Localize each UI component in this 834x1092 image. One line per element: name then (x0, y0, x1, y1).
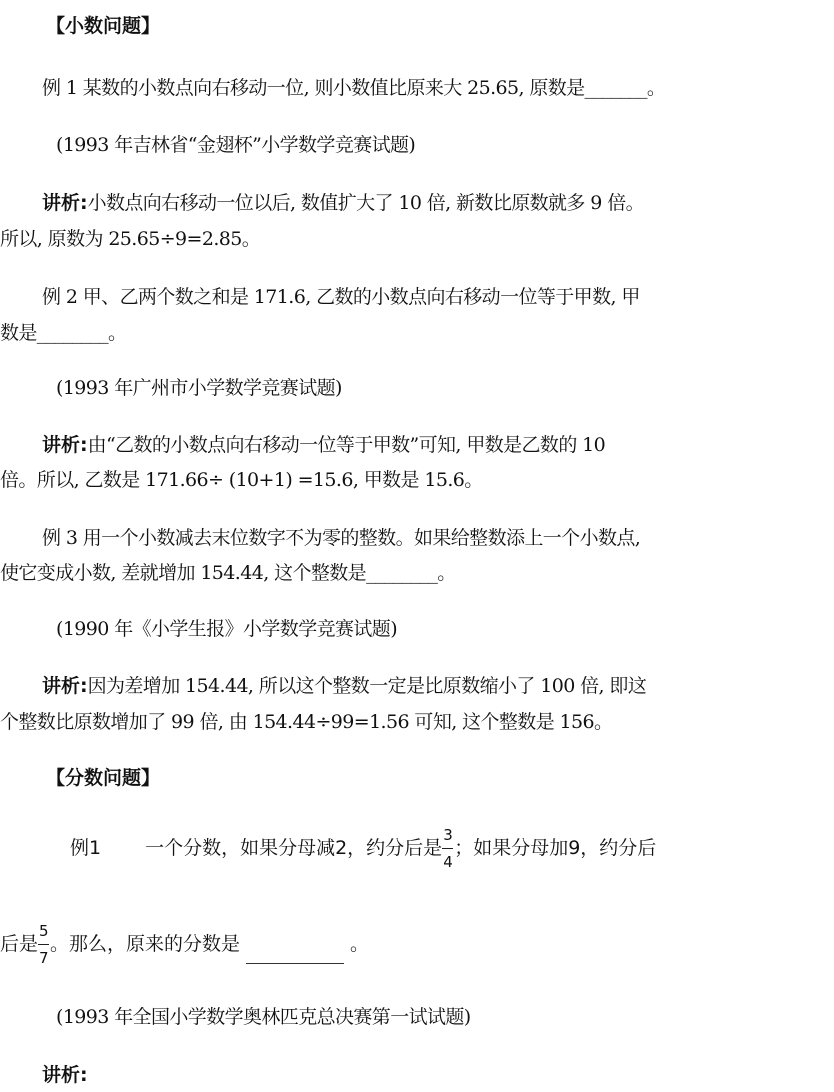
fraction-section-heading: 【分数问题】 (46, 766, 160, 790)
analysis-text: 小数点向右移动一位以后, 数值扩大了 10 倍, 新数比原数就多 9 倍。 (88, 192, 644, 214)
analysis-text: 由“乙数的小数点向右移动一位等于甲数”可知, 甲数是乙数的 10 (88, 434, 606, 456)
answer-blank (246, 945, 344, 964)
fraction-3-4: 34 (442, 837, 454, 861)
decimal-example-1-question: 例 1 某数的小数点向右移动一位, 则小数值比原来大 25.65, 原数是___… (42, 76, 665, 100)
decimal-example-1-analysis: 讲析:小数点向右移动一位以后, 数值扩大了 10 倍, 新数比原数就多 9 倍。 (42, 191, 644, 215)
analysis-label: 讲析: (42, 192, 88, 214)
decimal-example-3-question-cont: 使它变成小数, 差就增加 154.44, 这个整数是________。 (0, 561, 456, 585)
analysis-label: 讲析: (42, 434, 88, 456)
fraction-example-1-analysis: 讲析: (42, 1063, 88, 1087)
decimal-example-2-analysis-cont: 倍。所以, 乙数是 171.66÷ (10+1) =15.6, 甲数是 15.6… (0, 468, 483, 492)
example-label: 例1 (70, 837, 101, 859)
decimal-example-1-analysis-cont: 所以, 原数为 25.65÷9=2.85。 (0, 227, 260, 251)
decimal-example-1-source: (1993 年吉林省“金翅杯”小学数学竞赛试题) (56, 133, 415, 157)
decimal-example-3-analysis: 讲析:因为差增加 154.44, 所以这个整数一定是比原数缩小了 100 倍, … (42, 674, 646, 698)
decimal-example-2-analysis: 讲析:由“乙数的小数点向右移动一位等于甲数”可知, 甲数是乙数的 10 (42, 433, 605, 457)
question-text: ；如果分母加9，约分后 (454, 837, 656, 859)
analysis-text: 因为差增加 154.44, 所以这个整数一定是比原数缩小了 100 倍, 即这 (88, 675, 647, 697)
decimal-example-2-question-cont: 数是________。 (0, 321, 126, 345)
question-text: 一个分数，如果分母减2，约分后是 (145, 837, 442, 859)
fraction-5-7: 57 (38, 933, 50, 957)
decimal-example-2-question: 例 2 甲、乙两个数之和是 171.6, 乙数的小数点向右移动一位等于甲数, 甲 (42, 285, 640, 309)
fraction-example-1-source: (1993 年全国小学数学奥林匹克总决赛第一试试题) (56, 1005, 471, 1029)
question-text: 。那么，原来的分数是 (50, 933, 240, 955)
decimal-example-3-question: 例 3 用一个小数减去末位数字不为零的整数。如果给整数添上一个小数点, (42, 526, 640, 550)
decimal-example-3-analysis-cont: 个整数比原数增加了 99 倍, 由 154.44÷99=1.56 可知, 这个整… (0, 710, 612, 734)
analysis-label: 讲析: (42, 675, 88, 697)
decimal-example-2-source: (1993 年广州市小学数学竞赛试题) (56, 376, 342, 400)
question-end: 。 (350, 933, 369, 955)
decimal-example-3-source: (1990 年《小学生报》小学数学竞赛试题) (56, 617, 397, 641)
question-text: 后是 (0, 933, 38, 955)
fraction-example-1-question-cont: 后是57。那么，原来的分数是。 (0, 932, 369, 964)
fraction-example-1-question: 例1一个分数，如果分母减2，约分后是34；如果分母加9，约分后 (70, 836, 656, 861)
decimal-section-heading: 【小数问题】 (46, 14, 160, 38)
